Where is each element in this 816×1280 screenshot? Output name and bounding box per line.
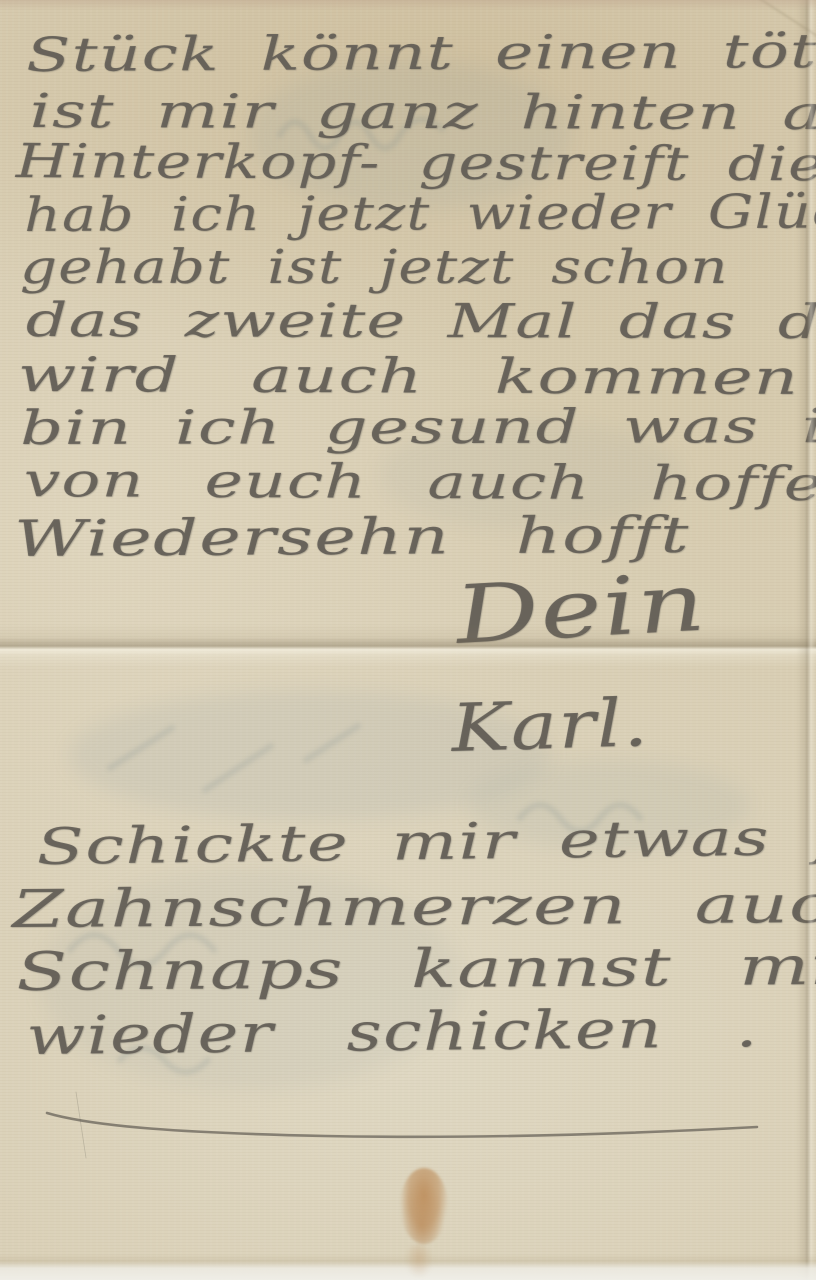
signature-name: Karl. bbox=[450, 690, 650, 762]
letter-line-10: Wiedersehn hofft bbox=[14, 510, 690, 564]
page-top-edge bbox=[0, 0, 816, 10]
paper-stain bbox=[400, 1168, 448, 1244]
letter-line-4: hab ich jetzt wieder Glück bbox=[24, 188, 816, 239]
letter-line-6: das zweite Mal das dritte bbox=[26, 297, 816, 346]
letter-line-9: von euch auch hoffe auf bbox=[24, 457, 816, 509]
pencil-underline bbox=[47, 1092, 757, 1158]
postscript-line-1: Schickte mir etwas für bbox=[36, 811, 816, 872]
signature-salutation: Dein bbox=[452, 563, 709, 656]
letter-line-5: gehabt ist jetzt schon bbox=[20, 244, 729, 291]
paper-stain-drip bbox=[405, 1244, 433, 1278]
letter-page: Stück könnt einen töten ist mir ganz hin… bbox=[0, 0, 816, 1280]
letter-line-8: bin ich gesund was ich bbox=[20, 403, 816, 452]
letter-line-2: ist mir ganz hinten am bbox=[30, 88, 816, 137]
letter-line-1: Stück könnt einen töten bbox=[26, 28, 816, 79]
postscript-line-4: wieder schicken . bbox=[26, 1002, 759, 1063]
postscript-line-3: Schnaps kannst mir bbox=[16, 940, 816, 999]
letter-line-3: Hinterkopf- gestreift diesmal bbox=[16, 138, 816, 189]
postscript-line-2: Zahnschmerzen auch bbox=[12, 879, 816, 936]
letter-line-7: wird auch kommen und bbox=[18, 351, 816, 403]
